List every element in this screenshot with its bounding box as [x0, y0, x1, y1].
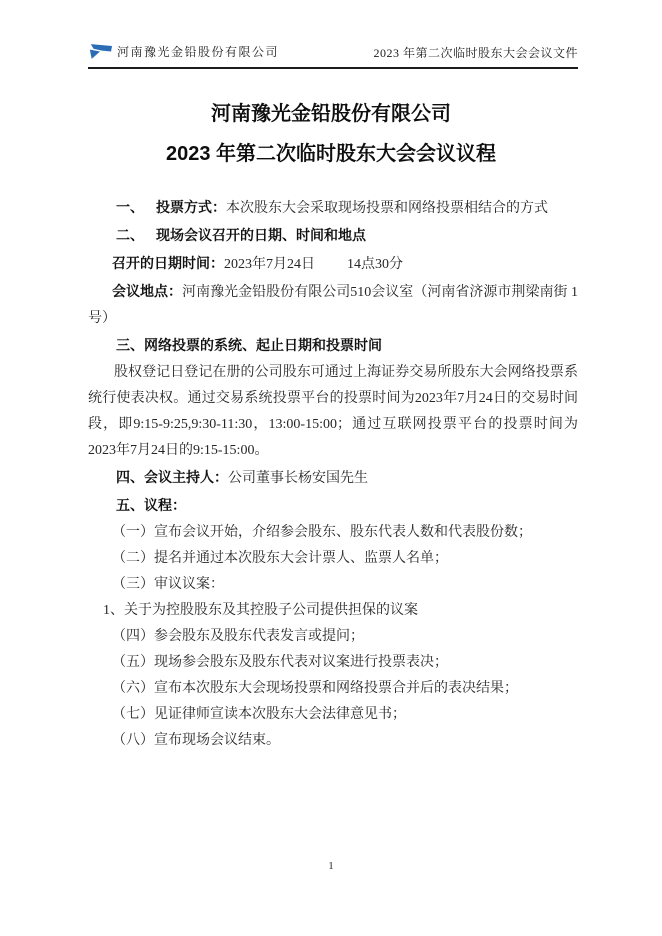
document-title-line2: 2023 年第二次临时股东大会会议议程 [0, 142, 662, 166]
section-meeting-datetime-place: 二、现场会议召开的日期、时间和地点 [88, 222, 578, 250]
section-text: 本次股东大会采取现场投票和网络投票相结合的方式 [226, 201, 548, 216]
meeting-date-value: 2023年7月24日 [224, 257, 315, 272]
agenda-item: （八）宣布现场会议结束。 [88, 728, 578, 754]
agenda-item: （二）提名并通过本次股东大会计票人、监票人名单； [88, 546, 578, 572]
company-logo-icon [88, 42, 112, 61]
network-voting-paragraph: 股权登记日登记在册的公司股东可通过上海证券交易所股东大会网络投票系统行使表决权。… [88, 360, 578, 464]
document-body: 一、投票方式：本次股东大会采取现场投票和网络投票相结合的方式 二、现场会议召开的… [88, 194, 578, 754]
agenda-item: （五）现场参会股东及股东代表对议案进行投票表决； [88, 650, 578, 676]
meeting-place-line: 会议地点：河南豫光金铅股份有限公司510会议室（河南省济源市荆梁南街 1号） [88, 278, 578, 332]
agenda-item: （四）参会股东及股东代表发言或提问； [88, 624, 578, 650]
page-number: 1 [328, 860, 334, 872]
agenda-item: （七）见证律师宣读本次股东大会法律意见书； [88, 702, 578, 728]
page-footer: 1 [0, 860, 662, 872]
section-voting-method: 一、投票方式：本次股东大会采取现场投票和网络投票相结合的方式 [88, 194, 578, 222]
section-meeting-chair: 四、会议主持人：公司董事长杨安国先生 [88, 464, 578, 492]
header-left: 河南豫光金铅股份有限公司 [88, 42, 279, 61]
meeting-date-label: 召开的日期时间： [112, 255, 224, 271]
meeting-date-line: 召开的日期时间：2023年7月24日14点30分 [88, 250, 578, 278]
page-header: 河南豫光金铅股份有限公司 2023 年第二次临时股东大会会议文件 [88, 42, 578, 69]
section-label: 网络投票的系统、起止日期和投票时间 [144, 337, 382, 353]
header-document-label: 2023 年第二次临时股东大会会议文件 [373, 44, 578, 61]
header-company-name: 河南豫光金铅股份有限公司 [117, 43, 279, 60]
section-number: 四、 [116, 469, 144, 485]
section-text: 公司董事长杨安国先生 [228, 471, 368, 486]
section-network-voting: 三、网络投票的系统、起止日期和投票时间 [88, 332, 578, 360]
section-number: 五、 [116, 497, 144, 513]
section-label: 现场会议召开的日期、时间和地点 [156, 227, 366, 243]
agenda-item: （六）宣布本次股东大会现场投票和网络投票合并后的表决结果； [88, 676, 578, 702]
section-number: 三、 [116, 337, 144, 353]
meeting-time-value: 14点30分 [347, 257, 403, 272]
agenda-item: （一）宣布会议开始，介绍参会股东、股东代表人数和代表股份数； [88, 520, 578, 546]
document-title-line1: 河南豫光金铅股份有限公司 [0, 102, 662, 126]
section-label: 投票方式： [156, 199, 226, 215]
section-label: 议程： [144, 497, 186, 513]
meeting-place-label: 会议地点： [112, 283, 182, 299]
document-title: 河南豫光金铅股份有限公司 2023 年第二次临时股东大会会议议程 [0, 102, 662, 166]
agenda-item: （三）审议议案： [88, 572, 578, 598]
section-label: 会议主持人： [144, 469, 228, 485]
agenda-proposal-item: 1、关于为控股股东及其控股子公司提供担保的议案 [88, 598, 578, 624]
section-number: 二、 [116, 227, 144, 243]
section-agenda: 五、议程： [88, 492, 578, 520]
section-number: 一、 [116, 199, 144, 215]
document-page: 河南豫光金铅股份有限公司 2023 年第二次临时股东大会会议文件 河南豫光金铅股… [0, 0, 662, 936]
